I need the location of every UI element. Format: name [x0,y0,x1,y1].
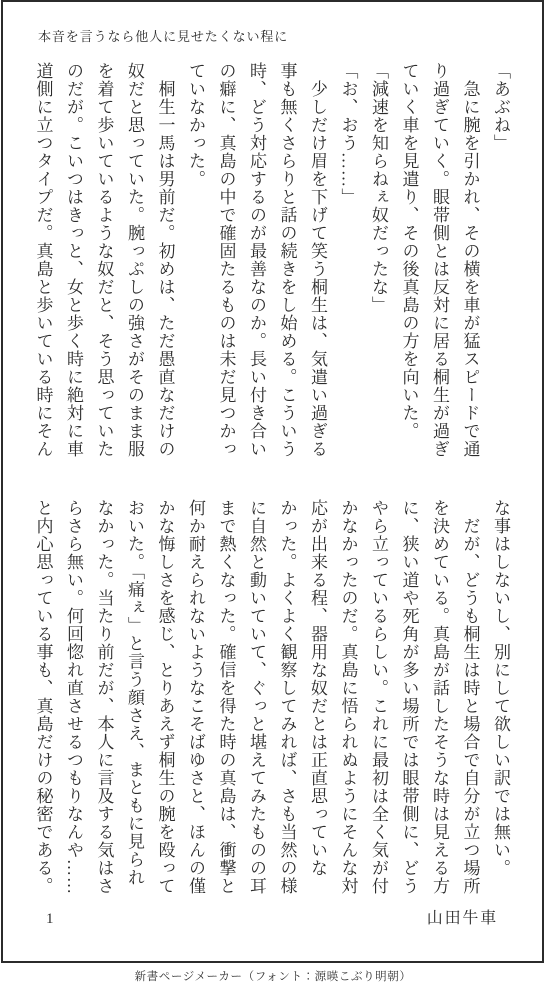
text-line: かな悔しさを感じ、とりあえず桐生の腕を殴って [149,499,180,895]
text-line: に、狭い道や死角が多い場所では眼帯側に、どう [393,499,424,895]
text-line: 少しだけ眉を下げて笑う桐生は、気遣い過ぎる [302,62,333,458]
text-line: 急に腕を引かれ、その横を車が猛スピードで通 [454,62,485,458]
text-line: 応が出来る程、器用な奴だとは正直思っていな [302,499,333,895]
text-line: かなかったのだ。真島に悟られぬようにそんな対 [332,499,363,895]
text-line: だが、どうも桐生は時と場合で自分が立つ場所 [454,499,485,895]
text-line: 事も無くさらりと話の続きをし始める。こういう [271,62,302,458]
page-footer: 1 山田牛車 [3,905,542,928]
text-line: の癖に、真島の中で確固たるものは未だ見つかっ [210,62,241,458]
screenshot-root: { "header": { "running_title": "本音を言うなら他… [0,0,546,1000]
text-line: 奴だと思っていた。腕っぷしの強さがそのまま服 [119,62,150,458]
text-line: な事はしないし、別にして欲しい訳では無い。 [485,499,516,895]
text-line: かった。よくよく観察してみれば、さも当然の様 [271,499,302,895]
text-line: なかった。当たり前だが、本人に言及する気はさ [88,499,119,895]
author-name: 山田牛車 [427,905,498,928]
text-line: おいた。「痛ぇ」と言う顔さえ、まともに見られ [119,499,150,895]
vertical-text-block-upper: 「あぶね」 急に腕を引かれ、その横を車が猛スピードで通り過ぎていく。眼帯側とは反… [27,62,515,458]
text-line: 何か耐えられないようなこそばゆさと、ほんの僅 [180,499,211,895]
text-line: ていなかった。 [180,62,211,458]
text-line: 「減速を知らねぇ奴だったな」 [363,62,394,458]
vertical-text-block-lower: な事はしないし、別にして欲しい訳では無い。 だが、どうも桐生は時と場合で自分が立… [27,499,515,895]
text-line: ていく車を見遣り、その後真島の方を向いた。 [393,62,424,458]
text-line: まで熱くなった。確信を得た時の真島は、衝撃と [210,499,241,895]
text-line: やら立っているらしい。これに最初は全く気が付 [363,499,394,895]
text-line: 「あぶね」 [485,62,516,458]
generator-caption: 新書ページメーカー（フォント：源暎こぶり明朝） [0,968,546,984]
text-line: 桐生一馬は男前だ。初めは、ただ愚直なだけの [149,62,180,458]
page-number: 1 [46,911,54,928]
running-title: 本音を言うなら他人に見せたくない程に [38,26,288,45]
text-line: を着て歩いているような奴だと、そう思っていた [88,62,119,458]
text-line: と内心思っている事も、真島だけの秘密である。 [27,499,58,895]
text-line: 道側に立つタイプだ。真島と歩いている時にそん [27,62,58,458]
text-line: 時、どう対応するのが最善なのか。長い付き合い [241,62,272,458]
text-line: 「お、おう……」 [332,62,363,458]
text-line: を決めている。真島が話したそうな時は見える方 [424,499,455,895]
text-line: らさら無い。何回惚れ直させるつもりなんや…… [58,499,89,895]
book-page: 本音を言うなら他人に見せたくない程に 「あぶね」 急に腕を引かれ、その横を車が猛… [1,0,544,963]
text-line: に自然と動いていて、ぐっと堪えてみたものの耳 [241,499,272,895]
text-line: り過ぎていく。眼帯側とは反対に居る桐生が過ぎ [424,62,455,458]
text-line: のだが。こいつはきっと、女と歩く時に絶対に車 [58,62,89,458]
